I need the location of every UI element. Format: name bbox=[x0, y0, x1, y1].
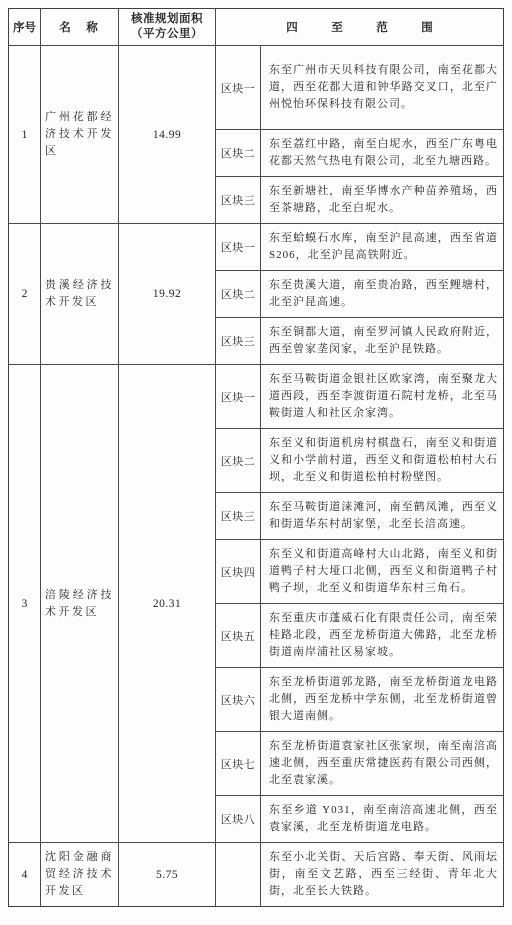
header-serial-number: 序号 bbox=[9, 9, 41, 45]
zone-blocks: 区块一 东至广州市天贝科技有限公司，南至花都大道，西至花都大道和钟华路交叉口，北… bbox=[216, 46, 503, 223]
header-zone-name: 名 称 bbox=[41, 9, 119, 45]
block-boundary-text: 东至龙桥街道郭龙路，南至龙桥街道龙电路北侧，西至龙桥中学东侧，北至龙桥街道曾银大… bbox=[261, 668, 503, 731]
block-label: 区块二 bbox=[216, 271, 261, 317]
zone-blocks: 区块一 东至马鞍街道金银社区欧家湾，南至聚龙大道西段，西至李渡街道石院村龙桥，北… bbox=[216, 365, 503, 842]
zone-area-value: 20.31 bbox=[119, 365, 216, 842]
block-row: 区块二 东至贵溪大道，南至贵冶路，西至鲤塘村，北至沪昆高速。 bbox=[216, 271, 503, 318]
block-boundary-text: 东至乡道 Y031，南至南涪高速北侧，西至袁家溪，北至龙桥街道龙电路。 bbox=[261, 796, 503, 842]
block-boundary-text: 东至龙桥街道袁家社区张家坝，南至南涪高速北侧，西至重庆常捷医药有限公司西侧，北至… bbox=[261, 732, 503, 795]
block-boundary-text: 东至义和街道机房村棋盘石，南至义和街道义和小学前村道，西至义和街道松柏村大石坝，… bbox=[261, 429, 503, 492]
zone-area-value: 5.75 bbox=[119, 843, 216, 906]
zone-area-value: 19.92 bbox=[119, 224, 216, 364]
block-row: 区块五 东至重庆市蓬威石化有限责任公司，南至荣桂路北段，西至龙桥街道大佛路，北至… bbox=[216, 604, 503, 668]
block-label: 区块六 bbox=[216, 668, 261, 731]
block-label: 区块八 bbox=[216, 796, 261, 842]
block-label: 区块三 bbox=[216, 493, 261, 539]
table-body: 1 广州花都经济技术开发区 14.99 区块一 东至广州市天贝科技有限公司，南至… bbox=[9, 46, 503, 906]
block-row: 区块二 东至荔红中路，南至白坭水，西至广东粤电花都天然气热电有限公司，北至九塘西… bbox=[216, 130, 503, 177]
block-row: 区块一 东至马鞍街道金银社区欧家湾，南至聚龙大道西段，西至李渡街道石院村龙桥，北… bbox=[216, 365, 503, 429]
block-label: 区块四 bbox=[216, 540, 261, 603]
block-boundary-text: 东至蛤蟆石水库，南至沪昆高速，西至省道S206，北至沪昆高铁附近。 bbox=[261, 224, 503, 270]
row-serial-number: 4 bbox=[9, 843, 41, 906]
block-boundary-text: 东至马鞍街道金银社区欧家湾，南至聚龙大道西段，西至李渡街道石院村龙桥，北至马鞍街… bbox=[261, 365, 503, 428]
block-row: 区块六 东至龙桥街道郭龙路，南至龙桥街道龙电路北侧，西至龙桥中学东侧，北至龙桥街… bbox=[216, 668, 503, 732]
block-row: 区块三 东至新塘社，南至华博水产种苗养殖场，西至茶塘路，北至白坭水。 bbox=[216, 177, 503, 223]
zone-name: 贵溪经济技术开发区 bbox=[45, 277, 114, 311]
block-row: 区块一 东至广州市天贝科技有限公司，南至花都大道，西至花都大道和钟华路交叉口，北… bbox=[216, 46, 503, 130]
row-serial-number: 1 bbox=[9, 46, 41, 223]
header-approved-area-line2: （平方公里） bbox=[131, 27, 203, 42]
block-label: 区块三 bbox=[216, 177, 261, 223]
block-label bbox=[216, 843, 261, 906]
block-boundary-text: 东至重庆市蓬威石化有限责任公司，南至荣桂路北段，西至龙桥街道大佛路，北至龙桥街道… bbox=[261, 604, 503, 667]
block-row: 区块三 东至铜都大道，南至罗河镇人民政府附近，西至曾家垄闵家，北至沪昆铁路。 bbox=[216, 318, 503, 364]
block-label: 区块二 bbox=[216, 429, 261, 492]
zone-blocks: 区块一 东至蛤蟆石水库，南至沪昆高速，西至省道S206，北至沪昆高铁附近。 区块… bbox=[216, 224, 503, 364]
block-boundary-text: 东至义和街道高峰村大山北路，南至义和街道鸭子村大垭口北侧，西至义和街道鸭子村鸭子… bbox=[261, 540, 503, 603]
block-boundary-text: 东至小北关街、天后宫路、奉天街、风雨坛街，南至文艺路，西至三经街、青年北大街，北… bbox=[261, 843, 503, 906]
zone-blocks: 东至小北关街、天后宫路、奉天街、风雨坛街，南至文艺路，西至三经街、青年北大街，北… bbox=[216, 843, 503, 906]
block-boundary-text: 东至铜都大道，南至罗河镇人民政府附近，西至曾家垄闵家，北至沪昆铁路。 bbox=[261, 318, 503, 364]
block-row: 区块四 东至义和街道高峰村大山北路，南至义和街道鸭子村大垭口北侧，西至义和街道鸭… bbox=[216, 540, 503, 604]
zone-name: 沈阳金融商贸经济技术开发区 bbox=[45, 849, 114, 900]
block-label: 区块一 bbox=[216, 224, 261, 270]
boundary-table: 序号 名 称 核准规划面积 （平方公里） 四 至 范 围 1 广州花都经济技术开… bbox=[8, 8, 504, 907]
zone-name: 广州花都经济技术开发区 bbox=[45, 109, 114, 160]
block-row: 区块二 东至义和街道机房村棋盘石，南至义和街道义和小学前村道，西至义和街道松柏村… bbox=[216, 429, 503, 493]
zone-name: 涪陵经济技术开发区 bbox=[45, 587, 114, 621]
block-label: 区块七 bbox=[216, 732, 261, 795]
block-row: 区块八 东至乡道 Y031，南至南涪高速北侧，西至袁家溪，北至龙桥街道龙电路。 bbox=[216, 796, 503, 842]
row-serial-number: 3 bbox=[9, 365, 41, 842]
table-row: 2 贵溪经济技术开发区 19.92 区块一 东至蛤蟆石水库，南至沪昆高速，西至省… bbox=[9, 224, 503, 365]
row-serial-number: 2 bbox=[9, 224, 41, 364]
table-row: 1 广州花都经济技术开发区 14.99 区块一 东至广州市天贝科技有限公司，南至… bbox=[9, 46, 503, 224]
zone-area-value: 14.99 bbox=[119, 46, 216, 223]
block-row: 东至小北关街、天后宫路、奉天街、风雨坛街，南至文艺路，西至三经街、青年北大街，北… bbox=[216, 843, 503, 906]
block-row: 区块三 东至马鞍街道涞滩河，南至鹤凤滩，西至义和街道华东村胡家堡，北至长涪高速。 bbox=[216, 493, 503, 540]
block-boundary-text: 东至贵溪大道，南至贵冶路，西至鲤塘村，北至沪昆高速。 bbox=[261, 271, 503, 317]
header-approved-area-line1: 核准规划面积 bbox=[131, 12, 203, 27]
block-boundary-text: 东至广州市天贝科技有限公司，南至花都大道，西至花都大道和钟华路交叉口，北至广州悦… bbox=[261, 46, 503, 129]
table-header-row: 序号 名 称 核准规划面积 （平方公里） 四 至 范 围 bbox=[9, 9, 503, 46]
block-label: 区块三 bbox=[216, 318, 261, 364]
block-boundary-text: 东至新塘社，南至华博水产种苗养殖场，西至茶塘路，北至白坭水。 bbox=[261, 177, 503, 223]
header-boundary-range: 四 至 范 围 bbox=[216, 9, 503, 45]
zone-name-cell: 广州花都经济技术开发区 bbox=[41, 46, 119, 223]
block-boundary-text: 东至马鞍街道涞滩河，南至鹤凤滩，西至义和街道华东村胡家堡，北至长涪高速。 bbox=[261, 493, 503, 539]
table-row: 3 涪陵经济技术开发区 20.31 区块一 东至马鞍街道金银社区欧家湾，南至聚龙… bbox=[9, 365, 503, 843]
block-label: 区块二 bbox=[216, 130, 261, 176]
block-label: 区块一 bbox=[216, 46, 261, 129]
zone-name-cell: 沈阳金融商贸经济技术开发区 bbox=[41, 843, 119, 906]
block-row: 区块七 东至龙桥街道袁家社区张家坝，南至南涪高速北侧，西至重庆常捷医药有限公司西… bbox=[216, 732, 503, 796]
zone-name-cell: 涪陵经济技术开发区 bbox=[41, 365, 119, 842]
table-row: 4 沈阳金融商贸经济技术开发区 5.75 东至小北关街、天后宫路、奉天街、风雨坛… bbox=[9, 843, 503, 906]
block-label: 区块一 bbox=[216, 365, 261, 428]
block-label: 区块五 bbox=[216, 604, 261, 667]
zone-name-cell: 贵溪经济技术开发区 bbox=[41, 224, 119, 364]
block-boundary-text: 东至荔红中路，南至白坭水，西至广东粤电花都天然气热电有限公司，北至九塘西路。 bbox=[261, 130, 503, 176]
document-page: 序号 名 称 核准规划面积 （平方公里） 四 至 范 围 1 广州花都经济技术开… bbox=[0, 0, 512, 925]
block-row: 区块一 东至蛤蟆石水库，南至沪昆高速，西至省道S206，北至沪昆高铁附近。 bbox=[216, 224, 503, 271]
header-approved-area: 核准规划面积 （平方公里） bbox=[119, 9, 216, 45]
